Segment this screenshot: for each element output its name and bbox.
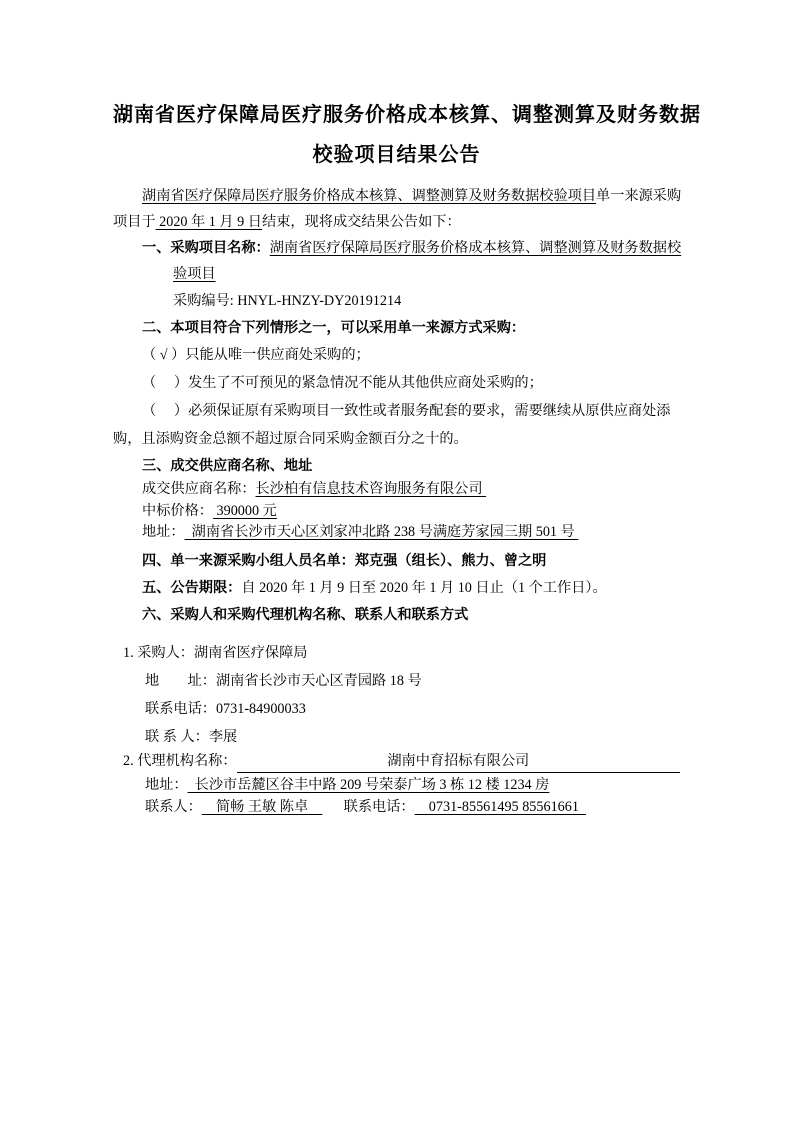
- text-segment: （ ）必须保证原有采购项目一致性或者服务配套的要求，需要继续从原供应商处添: [142, 403, 671, 419]
- text-segment: 长沙柏有信息技术咨询服务有限公司: [256, 481, 487, 497]
- procurement-code-line: 采购编号: HNYL-HNZY-DY20191214: [113, 287, 680, 315]
- section1-title-line-1: 一、采购项目名称：湖南省医疗保障局医疗服务价格成本核算、调整测算及财务数据校: [113, 235, 680, 261]
- text-segment: [322, 799, 343, 815]
- document-page: 湖南省医疗保障局医疗服务价格成本核算、调整测算及财务数据 校验项目结果公告 湖南…: [0, 0, 793, 1122]
- text-segment: 长沙市岳麓区谷丰中路 209 号荣泰广场 3 栋 12 楼 1234 房: [188, 777, 550, 793]
- purchaser-contact-line: 联 系 人：李展: [113, 723, 680, 751]
- agency-name-line: 2. 代理机构名称：湖南中育招标有限公司: [113, 751, 680, 776]
- section3-header: 三、成交供应商名称、地址: [113, 453, 680, 479]
- text-segment: 地址：: [142, 524, 185, 540]
- text-segment: 390000 元: [213, 503, 277, 519]
- section4-header: 四、单一来源采购小组人员名单：郑克强（组长）、熊力、曾之明: [113, 548, 680, 575]
- text-segment: （ ）发生了不可预见的紧急情况不能从其他供应商处采购的；: [142, 375, 543, 391]
- text-segment: 2020 年 1 月 9 日: [156, 214, 262, 230]
- text-segment: 项目于: [113, 214, 156, 230]
- text-segment: 六、采购人和采购代理机构名称、联系人和联系方式: [142, 607, 468, 623]
- text-segment: 一、采购项目名称：: [142, 240, 270, 256]
- page: { "colors": { "text": "#000000", "backgr…: [0, 0, 793, 1122]
- section5-header: 五、公告期限：自 2020 年 1 月 9 日至 2020 年 1 月 10 日…: [113, 575, 680, 602]
- text-segment: 联系电话：0731-84900033: [145, 701, 306, 717]
- text-segment: 联系电话：: [344, 799, 415, 815]
- text-segment: 采购编号: HNYL-HNZY-DY20191214: [173, 293, 401, 309]
- section2-header: 二、本项目符合下列情形之一，可以采用单一来源方式采购：: [113, 315, 680, 341]
- text-segment: 2. 代理机构名称：: [123, 751, 237, 776]
- supplier-name-line: 成交供应商名称：长沙柏有信息技术咨询服务有限公司: [113, 479, 680, 501]
- purchaser-name-line: 1. 采购人：湖南省医疗保障局: [113, 639, 680, 667]
- text-segment: 四、单一来源采购小组人员名单：郑克强（组长）、熊力、曾之明: [142, 553, 546, 569]
- text-segment: 五、公告期限：: [142, 580, 241, 596]
- intro-line-2: 项目于 2020 年 1 月 9 日结束，现将成交结果公告如下：: [113, 209, 680, 235]
- option-unchecked-consistency-line-2: 购，且添购资金总额不超过原合同采购金额百分之十的。: [113, 425, 680, 453]
- text-segment: 单一来源采购: [596, 188, 681, 204]
- text-segment: 地址：: [145, 777, 188, 793]
- section1-title-line-2: 验项目: [113, 261, 680, 287]
- title-line-2: 校验项目结果公告: [113, 135, 680, 175]
- text-segment: 验项目: [173, 266, 216, 282]
- supplier-address-line: 地址： 湖南省长沙市天心区刘家冲北路 238 号满庭芳家园三期 501 号: [113, 522, 680, 544]
- text-segment: 联系人：: [145, 799, 202, 815]
- option-unchecked-emergency: （ ）发生了不可预见的紧急情况不能从其他供应商处采购的；: [113, 369, 680, 397]
- text-segment: 简畅 王敏 陈卓: [202, 799, 323, 815]
- text-segment: 成交供应商名称：: [142, 481, 256, 497]
- purchaser-phone-line: 联系电话：0731-84900033: [113, 695, 680, 723]
- text-segment: 湖南省医疗保障局医疗服务价格成本核算、调整测算及财务数据校验项目: [142, 188, 596, 204]
- text-segment: 结束，现将成交结果公告如下：: [262, 214, 461, 230]
- text-segment: 联 系 人：李展: [145, 729, 237, 745]
- text-segment: 自 2020 年 1 月 9 日至 2020 年 1 月 10 日止（1 个工作…: [241, 580, 606, 596]
- document-body: 湖南省医疗保障局医疗服务价格成本核算、调整测算及财务数据校验项目单一来源采购项目…: [113, 183, 680, 818]
- text-segment: （ √ ）只能从唯一供应商处采购的；: [142, 347, 370, 363]
- agency-contacts-line: 联系人： 简畅 王敏 陈卓 联系电话： 0731-85561495 855616…: [113, 797, 680, 819]
- agency-address-line: 地址： 长沙市岳麓区谷丰中路 209 号荣泰广场 3 栋 12 楼 1234 房: [113, 775, 680, 797]
- text-segment: 湖南省长沙市天心区刘家冲北路 238 号满庭芳家园三期 501 号: [185, 524, 579, 540]
- page-title: 湖南省医疗保障局医疗服务价格成本核算、调整测算及财务数据 校验项目结果公告: [113, 95, 680, 175]
- text-segment: 0731-85561495 85561661: [415, 799, 586, 815]
- text-segment: 地 址：湖南省长沙市天心区青园路 18 号: [145, 673, 422, 689]
- text-segment: 购，且添购资金总额不超过原合同采购金额百分之十的。: [113, 431, 468, 447]
- text-segment: 中标价格：: [142, 503, 213, 519]
- underline-fill-value: 湖南中育招标有限公司: [237, 751, 680, 774]
- section6-header: 六、采购人和采购代理机构名称、联系人和联系方式: [113, 602, 680, 629]
- bid-price-line: 中标价格： 390000 元: [113, 501, 680, 523]
- text-segment: 二、本项目符合下列情形之一，可以采用单一来源方式采购：: [142, 320, 525, 336]
- option-unchecked-consistency-line-1: （ ）必须保证原有采购项目一致性或者服务配套的要求，需要继续从原供应商处添: [113, 397, 680, 425]
- purchaser-address-line: 地 址：湖南省长沙市天心区青园路 18 号: [113, 667, 680, 695]
- text-segment: 1. 采购人：湖南省医疗保障局: [123, 645, 307, 661]
- option-checked-sole-supplier: （ √ ）只能从唯一供应商处采购的；: [113, 341, 680, 369]
- text-segment: 湖南省医疗保障局医疗服务价格成本核算、调整测算及财务数据校: [270, 240, 681, 256]
- intro-line-1: 湖南省医疗保障局医疗服务价格成本核算、调整测算及财务数据校验项目单一来源采购: [113, 183, 680, 209]
- title-line-1: 湖南省医疗保障局医疗服务价格成本核算、调整测算及财务数据: [113, 95, 680, 135]
- text-segment: 三、成交供应商名称、地址: [142, 458, 312, 474]
